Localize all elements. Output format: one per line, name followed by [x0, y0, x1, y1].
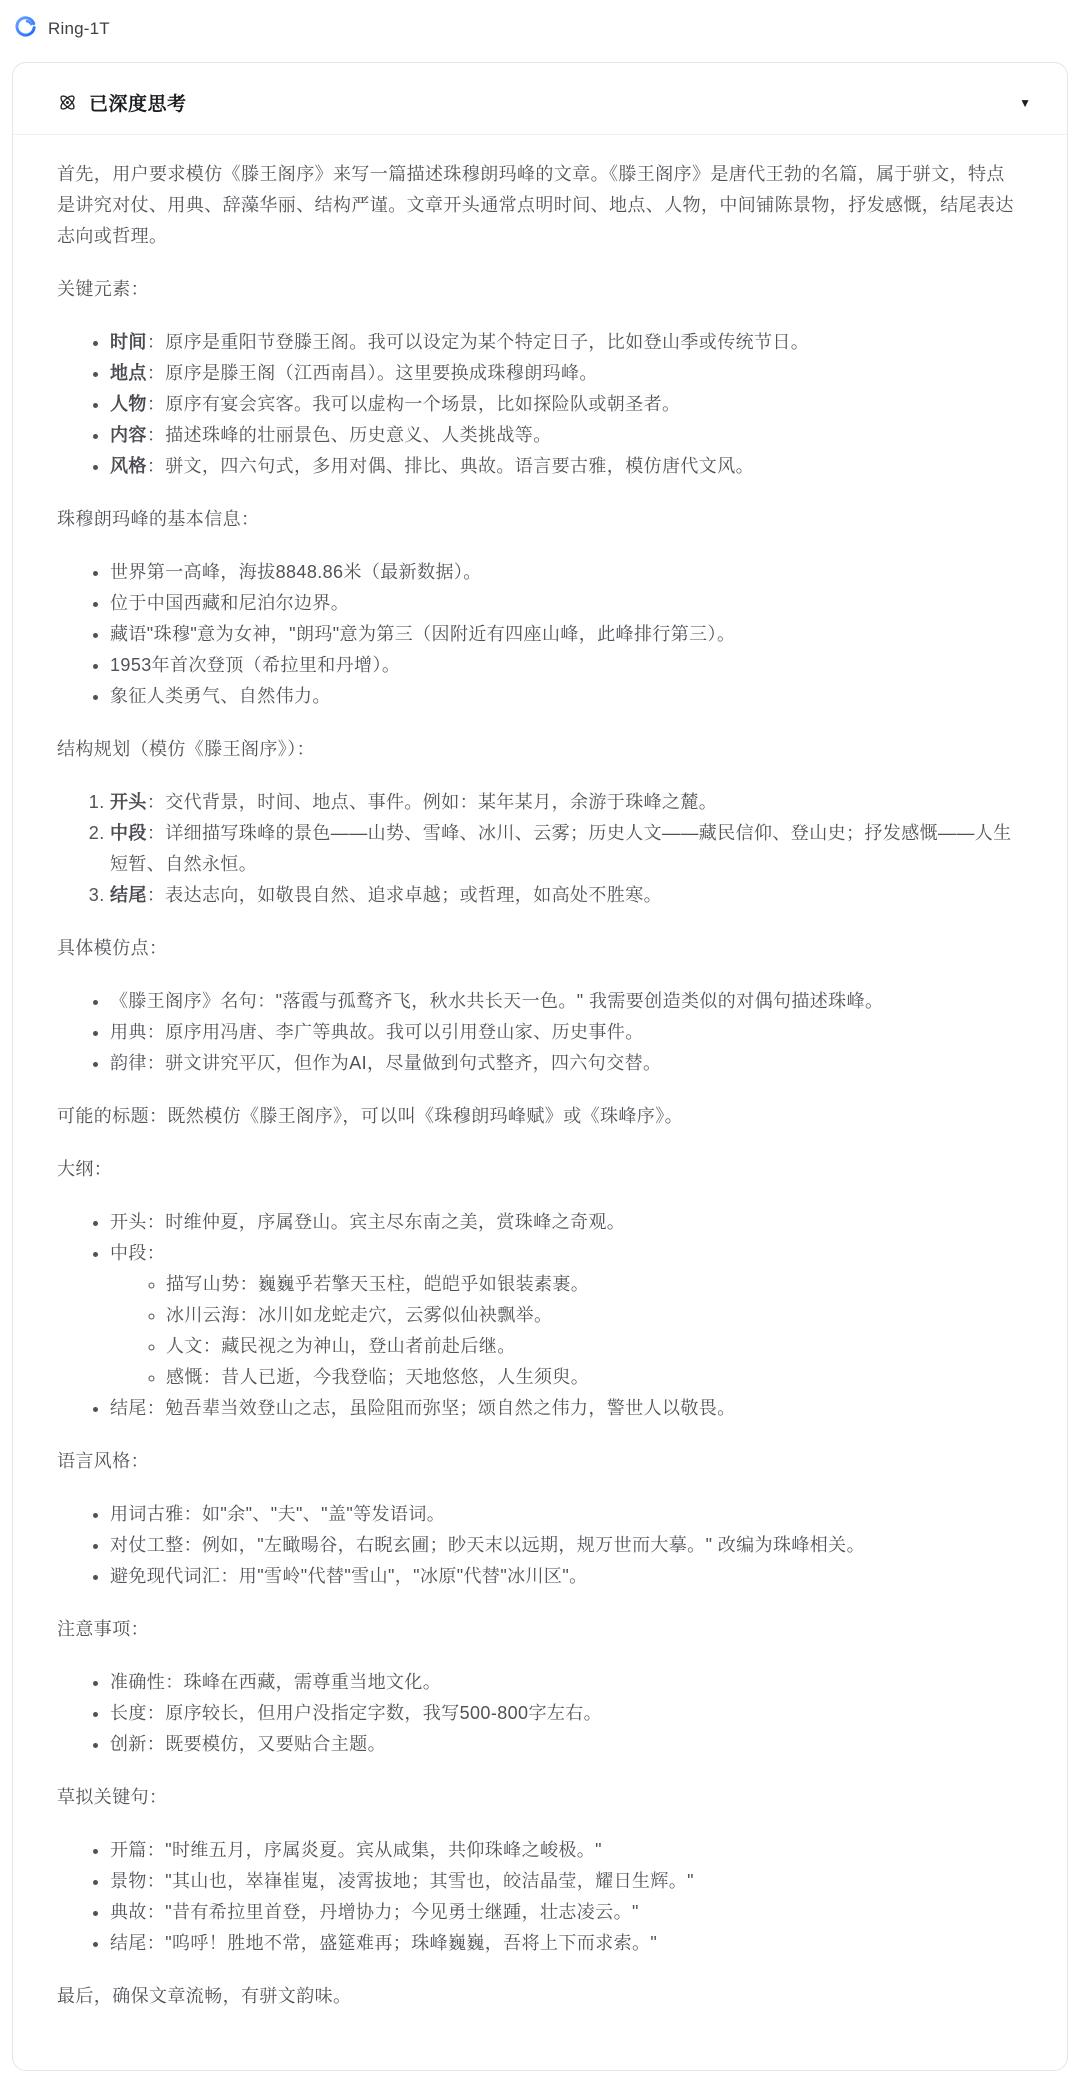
list-item: 1953年首次登顶（希拉里和丹增）。 [110, 650, 1023, 681]
list-item: 位于中国西藏和尼泊尔边界。 [110, 588, 1023, 619]
list-item: 开头：交代背景，时间、地点、事件。例如：某年某月，余游于珠峰之麓。 [110, 787, 1023, 818]
list-item-text: 感慨：昔人已逝，今我登临；天地悠悠，人生须臾。 [166, 1367, 589, 1387]
list-item-text: 景物："其山也，崒嵂崔嵬，凌霄拔地；其雪也，皎洁晶莹，耀日生辉。" [110, 1871, 694, 1891]
list-item-label: 结尾 [110, 885, 147, 905]
list-item-text: 象征人类勇气、自然伟力。 [110, 686, 331, 706]
list-item-text: ：原序是滕王阁（江西南昌）。这里要换成珠穆朗玛峰。 [147, 363, 598, 383]
list-item-label: 时间 [110, 332, 147, 352]
list-item-text: 对仗工整：例如，"左瞰暘谷，右睨玄圃；眇天末以远期，规万世而大摹。" 改编为珠峰… [110, 1535, 865, 1555]
list-item: 结尾：表达志向，如敬畏自然、追求卓越；或哲理，如高处不胜寒。 [110, 880, 1023, 911]
bullet-list: 《滕王阁序》名句："落霞与孤鹜齐飞，秋水共长天一色。" 我需要创造类似的对偶句描… [57, 986, 1023, 1079]
list-item-text: ：原序有宴会宾客。我可以虚构一个场景，比如探险队或朝圣者。 [147, 394, 681, 414]
thinking-paragraph: 语言风格： [57, 1446, 1023, 1477]
thinking-paragraph: 珠穆朗玛峰的基本信息： [57, 504, 1023, 535]
list-item: 结尾：勉吾辈当效登山之志，虽险阻而弥坚；颂自然之伟力，警世人以敬畏。 [110, 1393, 1023, 1424]
thinking-paragraph: 大纲： [57, 1154, 1023, 1185]
list-item-text: 长度：原序较长，但用户没指定字数，我写500-800字左右。 [110, 1703, 602, 1723]
thinking-paragraph: 首先，用户要求模仿《滕王阁序》来写一篇描述珠穆朗玛峰的文章。《滕王阁序》是唐代王… [57, 159, 1023, 252]
list-item-text: 用词古雅：如"余"、"夫"、"盖"等发语词。 [110, 1504, 445, 1524]
list-item-label: 内容 [110, 425, 147, 445]
list-item-label: 地点 [110, 363, 147, 383]
list-item: 《滕王阁序》名句："落霞与孤鹜齐飞，秋水共长天一色。" 我需要创造类似的对偶句描… [110, 986, 1023, 1017]
deep-think-atom-icon [57, 92, 78, 113]
list-item-text: 位于中国西藏和尼泊尔边界。 [110, 593, 349, 613]
list-item: 对仗工整：例如，"左瞰暘谷，右睨玄圃；眇天末以远期，规万世而大摹。" 改编为珠峰… [110, 1530, 1023, 1561]
list-item-text: 结尾：勉吾辈当效登山之志，虽险阻而弥坚；颂自然之伟力，警世人以敬畏。 [110, 1398, 736, 1418]
list-item-text: 开头：时维仲夏，序属登山。宾主尽东南之美，赏珠峰之奇观。 [110, 1212, 625, 1232]
list-item-text: 开篇："时维五月，序属炎夏。宾从咸集，共仰珠峰之峻极。" [110, 1840, 602, 1860]
list-item-text: 1953年首次登顶（希拉里和丹增）。 [110, 655, 400, 675]
list-item: 景物："其山也，崒嵂崔嵬，凌霄拔地；其雪也，皎洁晶莹，耀日生辉。" [110, 1866, 1023, 1897]
collapse-chevron-icon[interactable]: ▼ [1019, 97, 1031, 109]
thinking-paragraph: 具体模仿点： [57, 933, 1023, 964]
list-item-text: 避免现代词汇：用"雪岭"代替"雪山"，"冰原"代替"冰川区"。 [110, 1566, 588, 1586]
list-item: 长度：原序较长，但用户没指定字数，我写500-800字左右。 [110, 1698, 1023, 1729]
list-item-text: 中段： [110, 1243, 165, 1263]
list-item: 风格：骈文，四六句式，多用对偶、排比、典故。语言要古雅，模仿唐代文风。 [110, 451, 1023, 482]
list-item: 地点：原序是滕王阁（江西南昌）。这里要换成珠穆朗玛峰。 [110, 358, 1023, 389]
list-item-text: 描写山势：巍巍乎若擎天玉柱，皑皑乎如银装素裹。 [166, 1274, 589, 1294]
list-item-text: 《滕王阁序》名句："落霞与孤鹜齐飞，秋水共长天一色。" 我需要创造类似的对偶句描… [110, 991, 883, 1011]
bullet-list: 世界第一高峰，海拔8848.86米（最新数据）。位于中国西藏和尼泊尔边界。藏语"… [57, 557, 1023, 712]
thinking-paragraph: 最后，确保文章流畅，有骈文韵味。 [57, 1981, 1023, 2012]
bullet-list: 开头：时维仲夏，序属登山。宾主尽东南之美，赏珠峰之奇观。中段：描写山势：巍巍乎若… [57, 1207, 1023, 1424]
sub-list-item: 感慨：昔人已逝，今我登临；天地悠悠，人生须臾。 [166, 1362, 1023, 1393]
list-item: 开头：时维仲夏，序属登山。宾主尽东南之美，赏珠峰之奇观。 [110, 1207, 1023, 1238]
list-item: 用典：原序用冯唐、李广等典故。我可以引用登山家、历史事件。 [110, 1017, 1023, 1048]
bullet-list: 准确性：珠峰在西藏，需尊重当地文化。长度：原序较长，但用户没指定字数，我写500… [57, 1667, 1023, 1760]
list-item-text: ：详细描写珠峰的景色——山势、雪峰、冰川、云雾；历史人文——藏民信仰、登山史；抒… [110, 823, 1012, 874]
thinking-paragraph: 结构规划（模仿《滕王阁序》）： [57, 734, 1023, 765]
brand-logo-icon [14, 15, 37, 43]
list-item-text: 结尾："呜呼！胜地不常，盛筵难再；珠峰巍巍，吾将上下而求索。" [110, 1933, 657, 1953]
topbar: Ring-1T [0, 0, 1080, 56]
list-item: 典故："昔有希拉里首登，丹增协力；今见勇士继踵，壮志凌云。" [110, 1897, 1023, 1928]
list-item-text: 藏语"珠穆"意为女神，"朗玛"意为第三（因附近有四座山峰，此峰排行第三）。 [110, 624, 735, 644]
list-item: 创新：既要模仿，又要贴合主题。 [110, 1729, 1023, 1760]
list-item-label: 中段 [110, 823, 147, 843]
list-item-text: 冰川云海：冰川如龙蛇走穴，云雾似仙袂飘举。 [166, 1305, 552, 1325]
thinking-content: 首先，用户要求模仿《滕王阁序》来写一篇描述珠穆朗玛峰的文章。《滕王阁序》是唐代王… [13, 135, 1067, 2070]
bullet-list: 用词古雅：如"余"、"夫"、"盖"等发语词。对仗工整：例如，"左瞰暘谷，右睨玄圃… [57, 1499, 1023, 1592]
list-item: 避免现代词汇：用"雪岭"代替"雪山"，"冰原"代替"冰川区"。 [110, 1561, 1023, 1592]
list-item: 韵律：骈文讲究平仄，但作为AI，尽量做到句式整齐，四六句交替。 [110, 1048, 1023, 1079]
list-item-text: 用典：原序用冯唐、李广等典故。我可以引用登山家、历史事件。 [110, 1022, 644, 1042]
list-item: 人物：原序有宴会宾客。我可以虚构一个场景，比如探险队或朝圣者。 [110, 389, 1023, 420]
list-item: 开篇："时维五月，序属炎夏。宾从咸集，共仰珠峰之峻极。" [110, 1835, 1023, 1866]
deep-thinking-panel-header[interactable]: 已深度思考 ▼ [13, 63, 1067, 135]
thinking-paragraph: 注意事项： [57, 1614, 1023, 1645]
list-item-label: 开头 [110, 792, 147, 812]
list-item-text: 创新：既要模仿，又要贴合主题。 [110, 1734, 386, 1754]
thinking-paragraph: 草拟关键句： [57, 1782, 1023, 1813]
list-item-text: ：骈文，四六句式，多用对偶、排比、典故。语言要古雅，模仿唐代文风。 [147, 456, 754, 476]
thinking-paragraph: 可能的标题：既然模仿《滕王阁序》，可以叫《珠穆朗玛峰赋》或《珠峰序》。 [57, 1101, 1023, 1132]
sub-list-item: 冰川云海：冰川如龙蛇走穴，云雾似仙袂飘举。 [166, 1300, 1023, 1331]
list-item: 世界第一高峰，海拔8848.86米（最新数据）。 [110, 557, 1023, 588]
thinking-paragraph: 关键元素： [57, 274, 1023, 305]
list-item: 中段：详细描写珠峰的景色——山势、雪峰、冰川、云雾；历史人文——藏民信仰、登山史… [110, 818, 1023, 880]
list-item-label: 人物 [110, 394, 147, 414]
deep-thinking-title: 已深度思考 [89, 89, 187, 116]
list-item: 用词古雅：如"余"、"夫"、"盖"等发语词。 [110, 1499, 1023, 1530]
list-item-text: 典故："昔有希拉里首登，丹增协力；今见勇士继踵，壮志凌云。" [110, 1902, 639, 1922]
list-item-text: 韵律：骈文讲究平仄，但作为AI，尽量做到句式整齐，四六句交替。 [110, 1053, 661, 1073]
list-item: 藏语"珠穆"意为女神，"朗玛"意为第三（因附近有四座山峰，此峰排行第三）。 [110, 619, 1023, 650]
list-item-text: ：表达志向，如敬畏自然、追求卓越；或哲理，如高处不胜寒。 [147, 885, 662, 905]
list-item: 内容：描述珠峰的壮丽景色、历史意义、人类挑战等。 [110, 420, 1023, 451]
brand-name: Ring-1T [48, 19, 110, 39]
sub-bullet-list: 描写山势：巍巍乎若擎天玉柱，皑皑乎如银装素裹。冰川云海：冰川如龙蛇走穴，云雾似仙… [110, 1269, 1023, 1393]
deep-thinking-panel: 已深度思考 ▼ 首先，用户要求模仿《滕王阁序》来写一篇描述珠穆朗玛峰的文章。《滕… [12, 62, 1068, 2071]
list-item-text: ：描述珠峰的壮丽景色、历史意义、人类挑战等。 [147, 425, 552, 445]
list-item-text: ：交代背景，时间、地点、事件。例如：某年某月，余游于珠峰之麓。 [147, 792, 717, 812]
sub-list-item: 人文：藏民视之为神山，登山者前赴后继。 [166, 1331, 1023, 1362]
list-item: 结尾："呜呼！胜地不常，盛筵难再；珠峰巍巍，吾将上下而求索。" [110, 1928, 1023, 1959]
list-item-text: 准确性：珠峰在西藏，需尊重当地文化。 [110, 1672, 441, 1692]
bullet-list: 开篇："时维五月，序属炎夏。宾从咸集，共仰珠峰之峻极。"景物："其山也，崒嵂崔嵬… [57, 1835, 1023, 1959]
list-item: 准确性：珠峰在西藏，需尊重当地文化。 [110, 1667, 1023, 1698]
list-item-text: 人文：藏民视之为神山，登山者前赴后继。 [166, 1336, 516, 1356]
list-item: 时间：原序是重阳节登滕王阁。我可以设定为某个特定日子，比如登山季或传统节日。 [110, 327, 1023, 358]
list-item-label: 风格 [110, 456, 147, 476]
list-item: 象征人类勇气、自然伟力。 [110, 681, 1023, 712]
list-item: 中段：描写山势：巍巍乎若擎天玉柱，皑皑乎如银装素裹。冰川云海：冰川如龙蛇走穴，云… [110, 1238, 1023, 1393]
bullet-list: 时间：原序是重阳节登滕王阁。我可以设定为某个特定日子，比如登山季或传统节日。地点… [57, 327, 1023, 482]
sub-list-item: 描写山势：巍巍乎若擎天玉柱，皑皑乎如银装素裹。 [166, 1269, 1023, 1300]
list-item-text: 世界第一高峰，海拔8848.86米（最新数据）。 [110, 562, 482, 582]
numbered-list: 开头：交代背景，时间、地点、事件。例如：某年某月，余游于珠峰之麓。中段：详细描写… [57, 787, 1023, 911]
list-item-text: ：原序是重阳节登滕王阁。我可以设定为某个特定日子，比如登山季或传统节日。 [147, 332, 809, 352]
